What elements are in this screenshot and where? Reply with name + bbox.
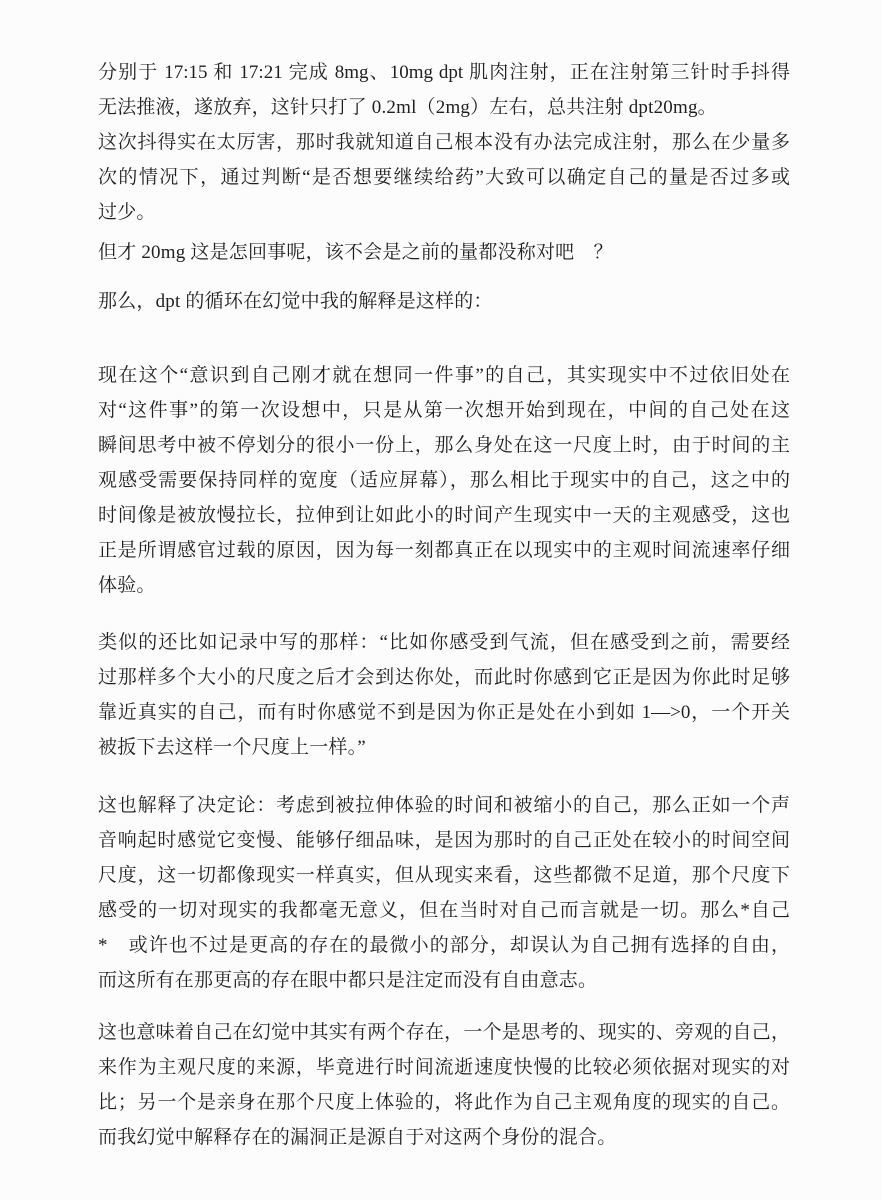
text-line: 过那样多个大小的尺度之后才会到达你处，而此时你感到它正是因为你此时足够 bbox=[98, 660, 790, 695]
paragraph-determinism: 这也解释了决定论：考虑到被拉伸体验的时间和被缩小的自己，那么正如一个声 音响起时… bbox=[98, 788, 790, 998]
text-line: 但才 20mg 这是怎回事呢，该不会是之前的量都没称对吧 ？ bbox=[98, 235, 790, 270]
text-line: 尺度，这一切都像现实一样真实，但从现实来看，这些都微不足道，那个尺度下 bbox=[98, 858, 790, 893]
text-line: 而我幻觉中解释存在的漏洞正是源自于对这两个身份的混合。 bbox=[98, 1120, 790, 1155]
text-line: 瞬间思考中被不停划分的很小一份上，那么身处在这一尺度上时，由于时间的主 bbox=[98, 428, 790, 463]
text-line: 类似的还比如记录中写的那样：“比如你感受到气流，但在感受到之前，需要经 bbox=[98, 625, 790, 660]
paragraph-two-selves: 这也意味着自己在幻觉中其实有两个存在，一个是思考的、现实的、旁观的自己， 来作为… bbox=[98, 1015, 790, 1155]
text-line: 体验。 bbox=[98, 568, 790, 603]
text-line: 音响起时感觉它变慢、能够仔细品味，是因为那时的自己正处在较小的时间空间 bbox=[98, 823, 790, 858]
text-line: 来作为主观尺度的来源，毕竟进行时间流逝速度快慢的比较必须依据对现实的对 bbox=[98, 1050, 790, 1085]
text-line: 被扳下去这样一个尺度上一样。” bbox=[98, 730, 790, 765]
paragraph-airflow-quote: 类似的还比如记录中写的那样：“比如你感受到气流，但在感受到之前，需要经 过那样多… bbox=[98, 625, 790, 765]
text-line: 感受的一切对现实的我都毫无意义，但在当时对自己而言就是一切。那么*自己 bbox=[98, 893, 790, 928]
text-line: 无法推液，遂放弃，这针只打了 0.2ml（2mg）左右，总共注射 dpt20mg… bbox=[98, 90, 790, 125]
document-page: 分别于 17:15 和 17:21 完成 8mg、10mg dpt 肌肉注射，正… bbox=[0, 0, 882, 1200]
text-line: 比；另一个是亲身在那个尺度上体验的，将此作为自己主观角度的现实的自己。 bbox=[98, 1085, 790, 1120]
text-line: 这次抖得实在太厉害，那时我就知道自己根本没有办法完成注射，那么在少量多 bbox=[98, 125, 790, 160]
text-line: 正是所谓感官过载的原因，因为每一刻都真正在以现实中的主观时间流速率仔细 bbox=[98, 533, 790, 568]
paragraph-question: 但才 20mg 这是怎回事呢，该不会是之前的量都没称对吧 ？ bbox=[98, 235, 790, 270]
paragraph-injection-log: 分别于 17:15 和 17:21 完成 8mg、10mg dpt 肌肉注射，正… bbox=[98, 55, 790, 125]
text-line: 观感受需要保持同样的宽度（适应屏幕），那么相比于现实中的自己，这之中的 bbox=[98, 463, 790, 498]
paragraph-intro-explanation: 那么，dpt 的循环在幻觉中我的解释是这样的： bbox=[98, 284, 790, 319]
text-line: 对“这件事”的第一次设想中，只是从第一次想开始到现在，中间的自己处在这 bbox=[98, 393, 790, 428]
text-line: 而这所有在那更高的存在眼中都只是注定而没有自由意志。 bbox=[98, 963, 790, 998]
document-text: 分别于 17:15 和 17:21 完成 8mg、10mg dpt 肌肉注射，正… bbox=[98, 55, 790, 1155]
text-line: 次的情况下，通过判断“是否想要继续给药”大致可以确定自己的量是否过多或 bbox=[98, 160, 790, 195]
text-line: 这也解释了决定论：考虑到被拉伸体验的时间和被缩小的自己，那么正如一个声 bbox=[98, 788, 790, 823]
text-line: 时间像是被放慢拉长，拉伸到让如此小的时间产生现实中一天的主观感受，这也 bbox=[98, 498, 790, 533]
text-line: 分别于 17:15 和 17:21 完成 8mg、10mg dpt 肌肉注射，正… bbox=[98, 55, 790, 90]
text-line: 那么，dpt 的循环在幻觉中我的解释是这样的： bbox=[98, 284, 790, 319]
paragraph-shaking-note: 这次抖得实在太厉害，那时我就知道自己根本没有办法完成注射，那么在少量多 次的情况… bbox=[98, 125, 790, 230]
text-line: 过少。 bbox=[98, 195, 790, 230]
paragraph-time-scale: 现在这个“意识到自己刚才就在想同一件事”的自己，其实现实中不过依旧处在 对“这件… bbox=[98, 358, 790, 603]
text-line: 这也意味着自己在幻觉中其实有两个存在，一个是思考的、现实的、旁观的自己， bbox=[98, 1015, 790, 1050]
text-line: 现在这个“意识到自己刚才就在想同一件事”的自己，其实现实中不过依旧处在 bbox=[98, 358, 790, 393]
text-line: * 或许也不过是更高的存在的最微小的部分，却误认为自己拥有选择的自由， bbox=[98, 928, 790, 963]
text-line: 靠近真实的自己，而有时你感觉不到是因为你正是处在小到如 1—>0，一个开关 bbox=[98, 695, 790, 730]
